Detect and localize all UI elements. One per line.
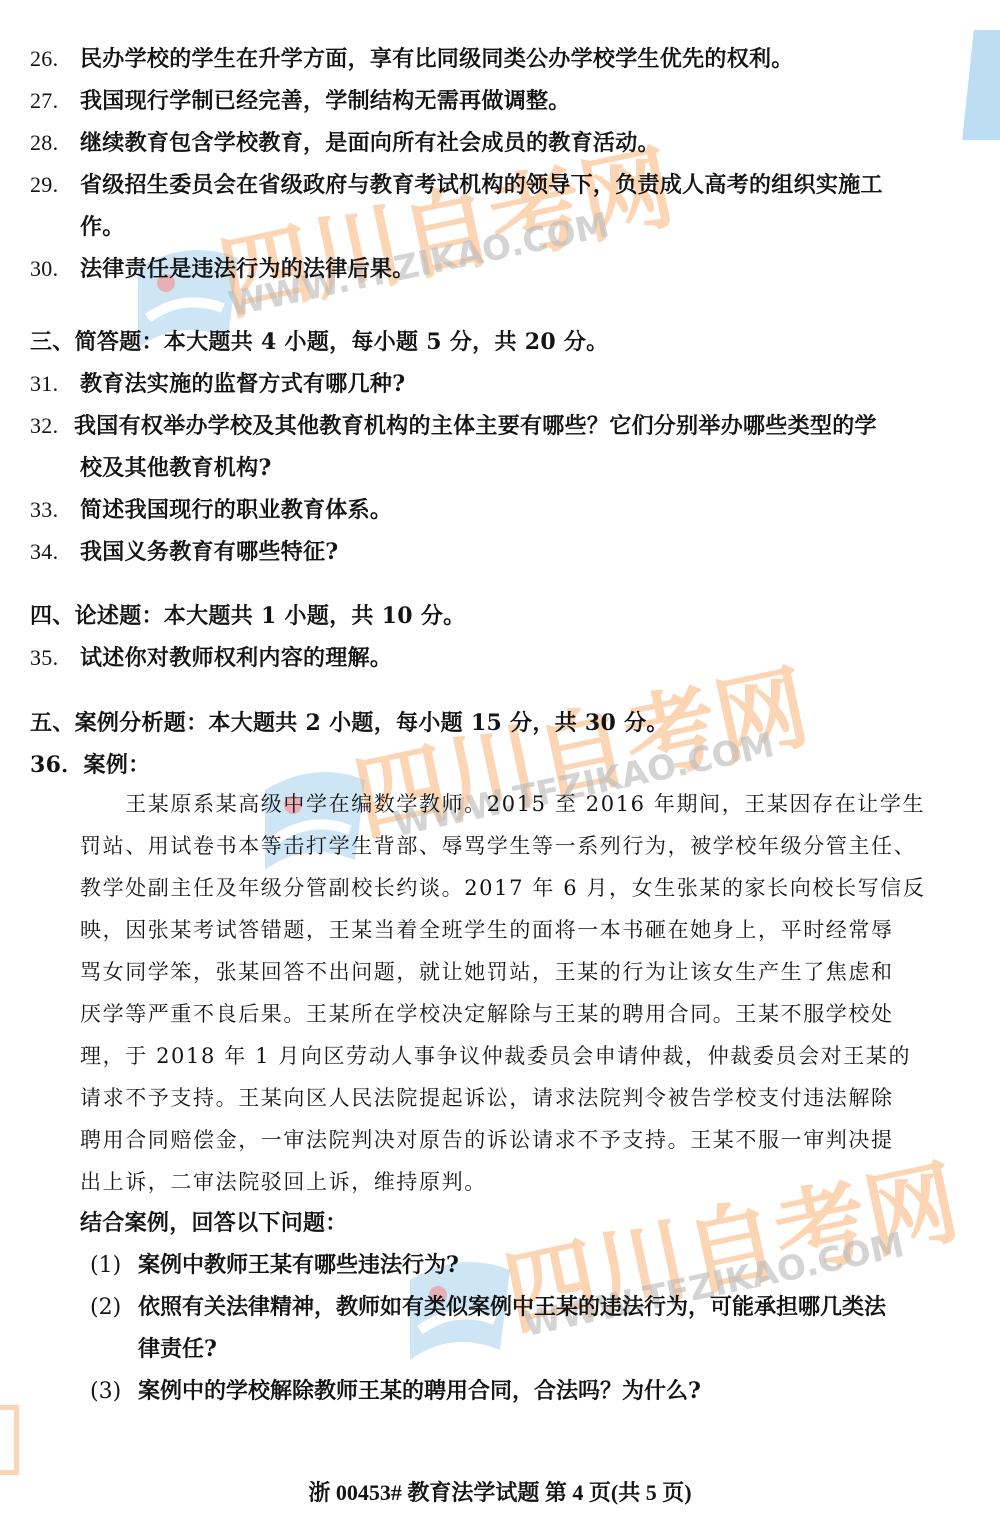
sub-question-text: 案例中教师王某有哪些违法行为? — [138, 1252, 459, 1278]
sub-question-number: (1) — [90, 1251, 138, 1281]
watermark-logo-icon — [255, 760, 375, 880]
case-text-line: 骂女同学笨，张某回答不出问题，就让她罚站，王某的行为让该女生产生了焦虑和 — [80, 957, 894, 987]
watermark-logo — [255, 760, 375, 880]
sub-question-number: (3) — [90, 1377, 138, 1407]
question-text: 民办学校的学生在升学方面，享有比同级同类公办学校学生优先的权利。 — [80, 46, 794, 72]
watermark-brand-url: WWW.TFZIKAO.COM — [390, 725, 778, 845]
section-3-heading: 三、简答题：本大题共 4 小题，每小题 5 分，共 20 分。 — [30, 327, 609, 357]
question-27: 27.我国现行学制已经完善，学制结构无需再做调整。 — [30, 86, 571, 116]
sub-question-number: (2) — [90, 1293, 138, 1323]
case-text-line: 罚站、用试卷书本等击打学生背部、辱骂学生等一系列行为，被学校年级分管主任、 — [80, 831, 916, 861]
watermark-brand-cn: 四川自考网 — [341, 634, 818, 859]
case-text-line: 王某原系某高级中学在编数学教师。2015 至 2016 年期间，王某因存在让学生 — [80, 789, 925, 819]
question-text: 教育法实施的监督方式有哪几种? — [80, 371, 405, 397]
case-text-line: 教学处副主任及年级分管副校长约谈。2017 年 6 月，女生张某的家长向校长写信… — [80, 873, 925, 903]
question-33: 33.简述我国现行的职业教育体系。 — [30, 495, 392, 525]
sub-question-text: 依照有关法律精神，教师如有类似案例中王某的违法行为，可能承担哪几类法 — [138, 1294, 886, 1320]
sub-question-2: (2)依照有关法律精神，教师如有类似案例中王某的违法行为，可能承担哪几类法 — [90, 1292, 886, 1323]
question-text: 我国义务教育有哪些特征? — [80, 539, 339, 565]
case-text-line: 聘用合同赔偿金，一审法院判决对原告的诉讼请求不予支持。王某不服一审判决提 — [80, 1125, 894, 1155]
question-29: 29.省级招生委员会在省级政府与教育考试机构的领导下，负责成人高考的组织实施工 — [30, 170, 883, 200]
sub-question-2-continuation: 律责任? — [138, 1334, 217, 1364]
question-text: 作。 — [80, 214, 125, 240]
question-text: 试述你对教师权利内容的理解。 — [80, 645, 392, 671]
sub-question-1: (1)案例中教师王某有哪些违法行为? — [90, 1250, 459, 1281]
question-number: 35. — [30, 643, 80, 673]
question-number: 34. — [30, 537, 80, 567]
question-number: 27. — [30, 86, 80, 116]
page-footer: 浙 00453# 教育法学试题 第 4 页(共 5 页) — [0, 1476, 1000, 1507]
question-text: 我国现行学制已经完善，学制结构无需再做调整。 — [80, 88, 571, 114]
question-number: 31. — [30, 369, 80, 399]
case-text-line: 映，因张某考试答错题，王某当着全班学生的面将一本书砸在她身上，平时经常辱 — [80, 915, 894, 945]
question-32-continuation: 校及其他教育机构? — [80, 453, 272, 483]
question-text: 继续教育包含学校教育，是面向所有社会成员的教育活动。 — [80, 130, 660, 156]
sub-question-text: 案例中的学校解除教师王某的聘用合同，合法吗？为什么? — [138, 1378, 701, 1404]
question-text: 校及其他教育机构? — [80, 455, 272, 481]
case-prompt: 结合案例，回答以下问题： — [80, 1208, 348, 1238]
sub-question-text: 律责任? — [138, 1336, 217, 1362]
section-5-heading: 五、案例分析题：本大题共 2 小题，每小题 15 分，共 30 分。 — [30, 708, 669, 738]
section-4-heading: 四、论述题：本大题共 1 小题，共 10 分。 — [30, 601, 465, 631]
question-30: 30.法律责任是违法行为的法律后果。 — [30, 254, 415, 284]
sub-question-3: (3)案例中的学校解除教师王某的聘用合同，合法吗？为什么? — [90, 1376, 701, 1407]
question-number: 33. — [30, 495, 80, 525]
question-35: 35.试述你对教师权利内容的理解。 — [30, 643, 392, 673]
question-31: 31.教育法实施的监督方式有哪几种? — [30, 369, 405, 399]
watermark-brand-url: WWW.TFZIKAO.COM — [520, 1225, 908, 1345]
question-text: 法律责任是违法行为的法律后果。 — [80, 256, 415, 282]
question-text: 简述我国现行的职业教育体系。 — [80, 497, 392, 523]
question-28: 28.继续教育包含学校教育，是面向所有社会成员的教育活动。 — [30, 128, 660, 158]
question-36-label: 36．案例： — [30, 750, 150, 780]
question-34: 34.我国义务教育有哪些特征? — [30, 537, 339, 567]
case-text-line: 出上诉，二审法院驳回上诉，维持原判。 — [80, 1167, 487, 1197]
watermark-edge-fragment-top-right — [962, 30, 1000, 140]
case-text-line: 理，于 2018 年 1 月向区劳动人事争议仲裁委员会申请仲裁，仲裁委员会对王某… — [80, 1041, 911, 1071]
question-number: 32. — [30, 411, 74, 441]
question-text: 省级招生委员会在省级政府与教育考试机构的领导下，负责成人高考的组织实施工 — [80, 172, 883, 198]
question-number: 26. — [30, 44, 80, 74]
question-number: 30. — [30, 254, 80, 284]
question-text: 我国有权举办学校及其他教育机构的主体主要有哪些？它们分别举办哪些类型的学 — [74, 413, 877, 439]
question-26: 26.民办学校的学生在升学方面，享有比同级同类公办学校学生优先的权利。 — [30, 44, 794, 74]
question-29-continuation: 作。 — [80, 212, 125, 242]
exam-page: 四川自考网 WWW.TFZIKAO.COM 四川自考网 WWW.TFZIKAO.… — [0, 0, 1000, 1528]
question-number: 28. — [30, 128, 80, 158]
question-32: 32.我国有权举办学校及其他教育机构的主体主要有哪些？它们分别举办哪些类型的学 — [30, 411, 877, 441]
question-number: 29. — [30, 170, 80, 200]
case-text-line: 厌学等严重不良后果。王某所在学校决定解除与王某的聘用合同。王某不服学校处 — [80, 999, 894, 1029]
watermark-edge-fragment-bottom-left — [0, 1405, 19, 1475]
case-text-line: 请求不予支持。王某向区人民法院提起诉讼，请求法院判令被告学校支付违法解除 — [80, 1083, 894, 1113]
